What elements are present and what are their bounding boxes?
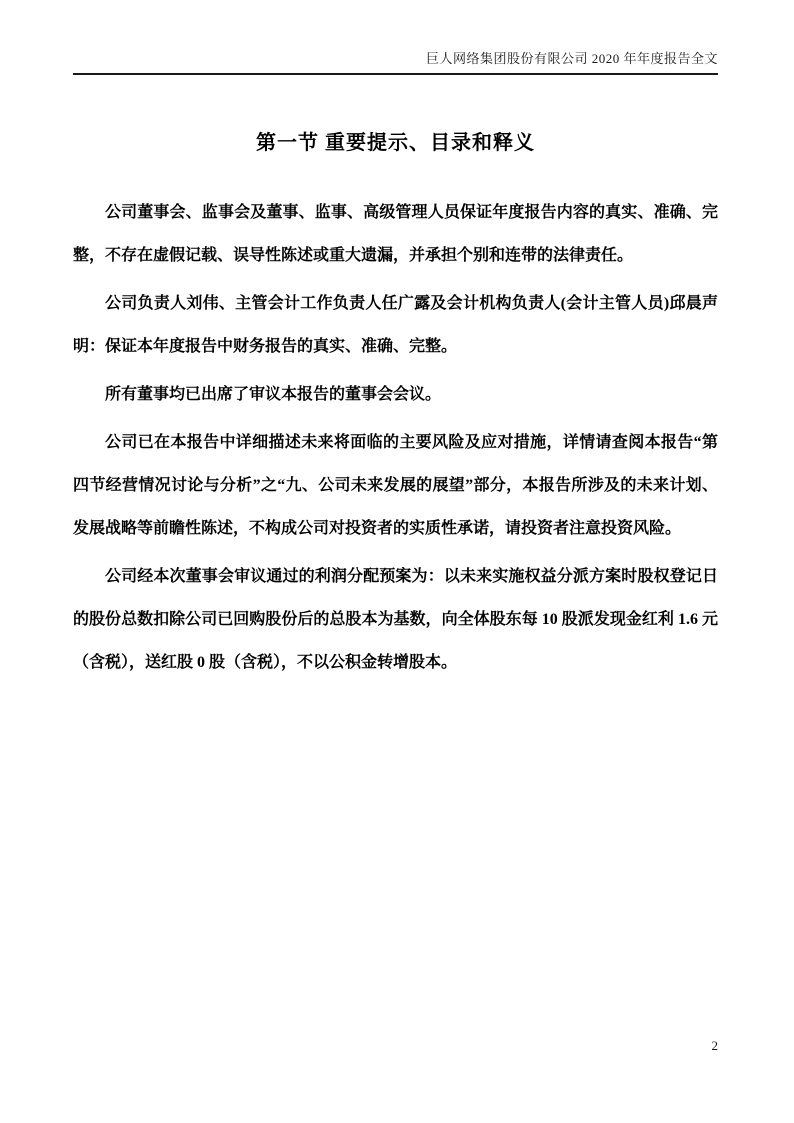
page-number: 2 <box>712 1038 719 1054</box>
page-content: 第一节 重要提示、目录和释义 公司董事会、监事会及董事、监事、高级管理人员保证年… <box>73 130 718 689</box>
body-paragraph-director-attendance: 所有董事均已出席了审议本报告的董事会会议。 <box>73 373 718 416</box>
body-paragraph-responsible-persons: 公司负责人刘伟、主管会计工作负责人任广露及会计机构负责人(会计主管人员)邱晨声明… <box>73 282 718 368</box>
body-paragraph-profit-distribution: 公司经本次董事会审议通过的利润分配预案为：以未来实施权益分派方案时股权登记日的股… <box>73 555 718 684</box>
page-header: 巨人网络集团股份有限公司 2020 年年度报告全文 <box>73 50 718 75</box>
report-page: 巨人网络集团股份有限公司 2020 年年度报告全文 第一节 重要提示、目录和释义… <box>0 0 794 1123</box>
section-title: 第一节 重要提示、目录和释义 <box>73 130 718 156</box>
body-paragraph-risk-statement: 公司已在本报告中详细描述未来将面临的主要风险及应对措施，详情请查阅本报告“第四节… <box>73 421 718 550</box>
page-header-title: 巨人网络集团股份有限公司 2020 年年度报告全文 <box>426 51 718 66</box>
body-paragraph-board-guarantee: 公司董事会、监事会及董事、监事、高级管理人员保证年度报告内容的真实、准确、完整，… <box>73 191 718 277</box>
